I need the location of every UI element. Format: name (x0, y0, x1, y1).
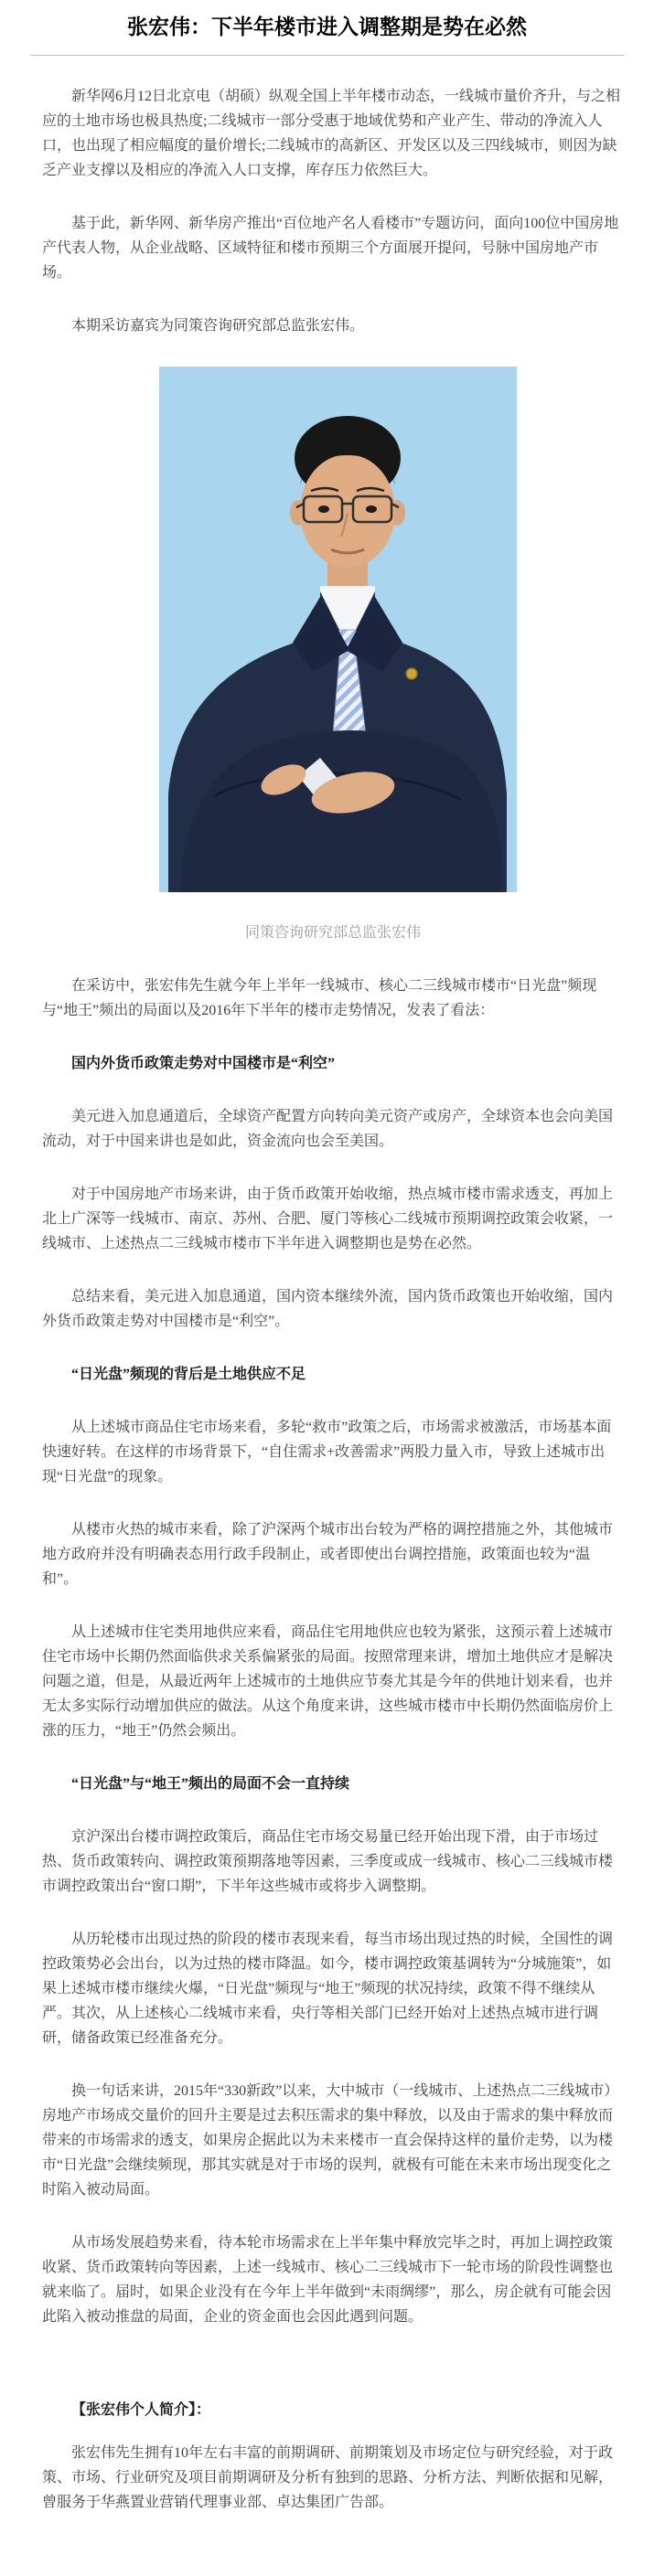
section-3-paragraph-3: 换一句话来讲，2015年“330新政”以来，大中城市（一线城市、上述热点二三线城… (42, 2079, 624, 2202)
eye-right (366, 506, 377, 513)
photo-caption: 同策咨询研究部总监张宏伟 (42, 921, 624, 945)
lapel-pin (406, 668, 417, 679)
section-1-paragraph-3: 总结来看，美元进入加息通道，国内资本继续外流，国内货币政策也开始收缩，国内外货币… (42, 1284, 624, 1334)
section-3-paragraph-4: 从市场发展趋势来看，待本轮市场需求在上半年集中释放完毕之时，再加上调控政策收紧、… (42, 2230, 624, 2329)
section-2-paragraph-3: 从上述城市住宅类用地供应来看，商品住宅用地供应也较为紧张，这预示着上述城市住宅市… (42, 1620, 624, 1743)
profile-paragraph: 张宏伟先生拥有10年左右丰富的前期调研、前期策划及市场定位与研究经验，对于政策、… (42, 2441, 624, 2515)
section-1-paragraph-1: 美元进入加息通道后，全球资产配置方向转向美元资产或房产，全球资本也会向美国流动，… (42, 1104, 624, 1154)
section-3-paragraph-2: 从历轮楼市出现过热的阶段的楼市表现来看，每当市场出现过热的时候，全国性的调控政策… (42, 1927, 624, 2050)
section-heading-1: 国内外货币政策走势对中国楼市是“利空” (42, 1051, 624, 1076)
title-divider (30, 55, 624, 56)
portrait-illustration (159, 367, 517, 892)
article-title: 张宏伟：下半年楼市进入调整期是势在必然 (30, 13, 624, 41)
section-heading-2: “日光盘”频现的背后是土地供应不足 (42, 1362, 624, 1387)
intro-paragraph-2: 基于此，新华网、新华房产推出“百位地产名人看楼市”专题访问，面向100位中国房地… (42, 211, 624, 285)
lead-paragraph: 在采访中，张宏伟先生就今年上半年一线城市、核心二三线城市楼市“日光盘”频现与“地… (42, 974, 624, 1023)
section-2-paragraph-2: 从楼市火热的城市来看，除了沪深两个城市出台较为严格的调控措施之外，其他城市地方政… (42, 1517, 624, 1591)
section-1-paragraph-2: 对于中国房地产市场来讲，由于货币政策开始收缩，热点城市楼市需求透支，再加上北上广… (42, 1182, 624, 1256)
intro-paragraph-1: 新华网6月12日北京电（胡硕）纵观全国上半年楼市动态，一线城市量价齐升，与之相应… (42, 84, 624, 183)
portrait-face (300, 454, 395, 568)
portrait-photo (159, 367, 517, 892)
section-heading-3: “日光盘”与“地王”频出的局面不会一直持续 (42, 1772, 624, 1796)
article-page: 张宏伟：下半年楼市进入调整期是势在必然 新华网6月12日北京电（胡硕）纵观全国上… (0, 0, 654, 2576)
section-3-paragraph-1: 京沪深出台楼市调控政策后，商品住宅市场交易量已经开始出现下滑，由于市场过热、货币… (42, 1825, 624, 1899)
profile-heading: 【张宏伟个人简介】： (42, 2398, 624, 2422)
eye-left (318, 506, 329, 513)
intro-paragraph-3: 本期采访嘉宾为同策咨询研究部总监张宏伟。 (42, 314, 624, 338)
section-2-paragraph-1: 从上述城市商品住宅市场来看，多轮“救市”政策之后，市场需求被激活，市场基本面快速… (42, 1415, 624, 1489)
